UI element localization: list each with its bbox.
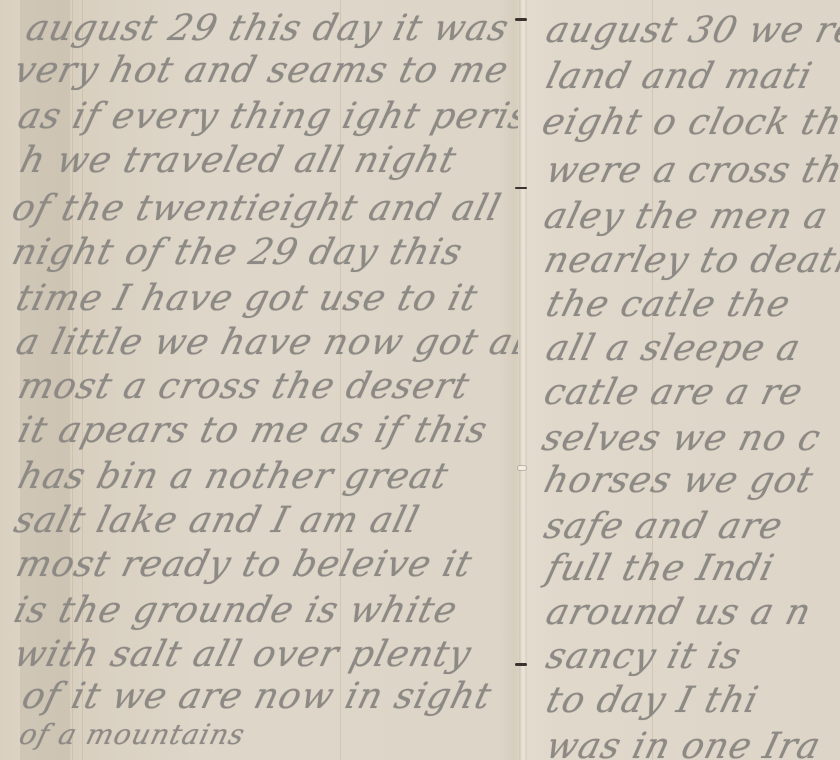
- handwritten-line: very hot and seams to me: [10, 50, 513, 91]
- handwritten-line: safe and are: [540, 506, 787, 547]
- handwritten-line: as if every thing ight peris: [14, 96, 518, 137]
- manuscript-scan: august 29 this day it was very hot and s…: [0, 0, 840, 760]
- handwritten-line: nearley to death: [540, 240, 840, 281]
- handwritten-line: full the Indi: [542, 548, 779, 589]
- binding-hole: [518, 466, 526, 470]
- handwritten-line: selves we no c: [538, 418, 825, 459]
- handwritten-line: it apears to me as if this: [14, 410, 492, 451]
- handwritten-line: night of the 29 day this: [8, 232, 467, 273]
- handwritten-line: most ready to beleive it: [12, 544, 477, 585]
- handwritten-line: to day I thi: [542, 680, 763, 721]
- handwritten-line: salt lake and I am all: [10, 500, 423, 541]
- page-gutter: [519, 0, 527, 760]
- handwritten-line: sancy it is: [542, 636, 746, 677]
- handwritten-line: all a sleepe a: [542, 328, 805, 369]
- handwritten-line: horses we got: [540, 460, 818, 501]
- handwritten-line: the catle the: [542, 284, 795, 325]
- handwritten-line: august 30 we re: [542, 10, 840, 51]
- handwritten-line: of the twentieight and all: [8, 188, 505, 229]
- handwritten-line: land and mati: [542, 56, 817, 97]
- handwritten-line: august 29 this day it was: [22, 8, 513, 49]
- handwritten-line: has bin a nother great: [14, 456, 453, 497]
- handwritten-line: most a cross the desert: [14, 366, 474, 407]
- handwritten-line: h we traveled all night: [16, 140, 461, 181]
- handwritten-line: catle are a re: [540, 372, 807, 413]
- handwritten-line: aley the men a: [540, 196, 832, 237]
- handwritten-line: of it we are now in sight: [18, 676, 496, 717]
- handwritten-line: were a cross th: [542, 150, 840, 191]
- handwritten-line: time I have got use to it: [12, 278, 482, 319]
- handwritten-line: was in one Ira: [542, 726, 825, 760]
- left-page: august 29 this day it was very hot and s…: [0, 0, 518, 760]
- handwritten-line: of a mountains: [16, 718, 249, 751]
- handwritten-line: a little we have now got all: [12, 322, 518, 363]
- right-page: august 30 we re land and mati eight o cl…: [528, 0, 840, 760]
- handwritten-line: is the grounde is white: [10, 590, 462, 631]
- handwritten-line: eight o clock th: [538, 102, 840, 143]
- handwritten-line: around us a n: [542, 592, 816, 633]
- handwritten-line: with salt all over plenty: [10, 634, 476, 675]
